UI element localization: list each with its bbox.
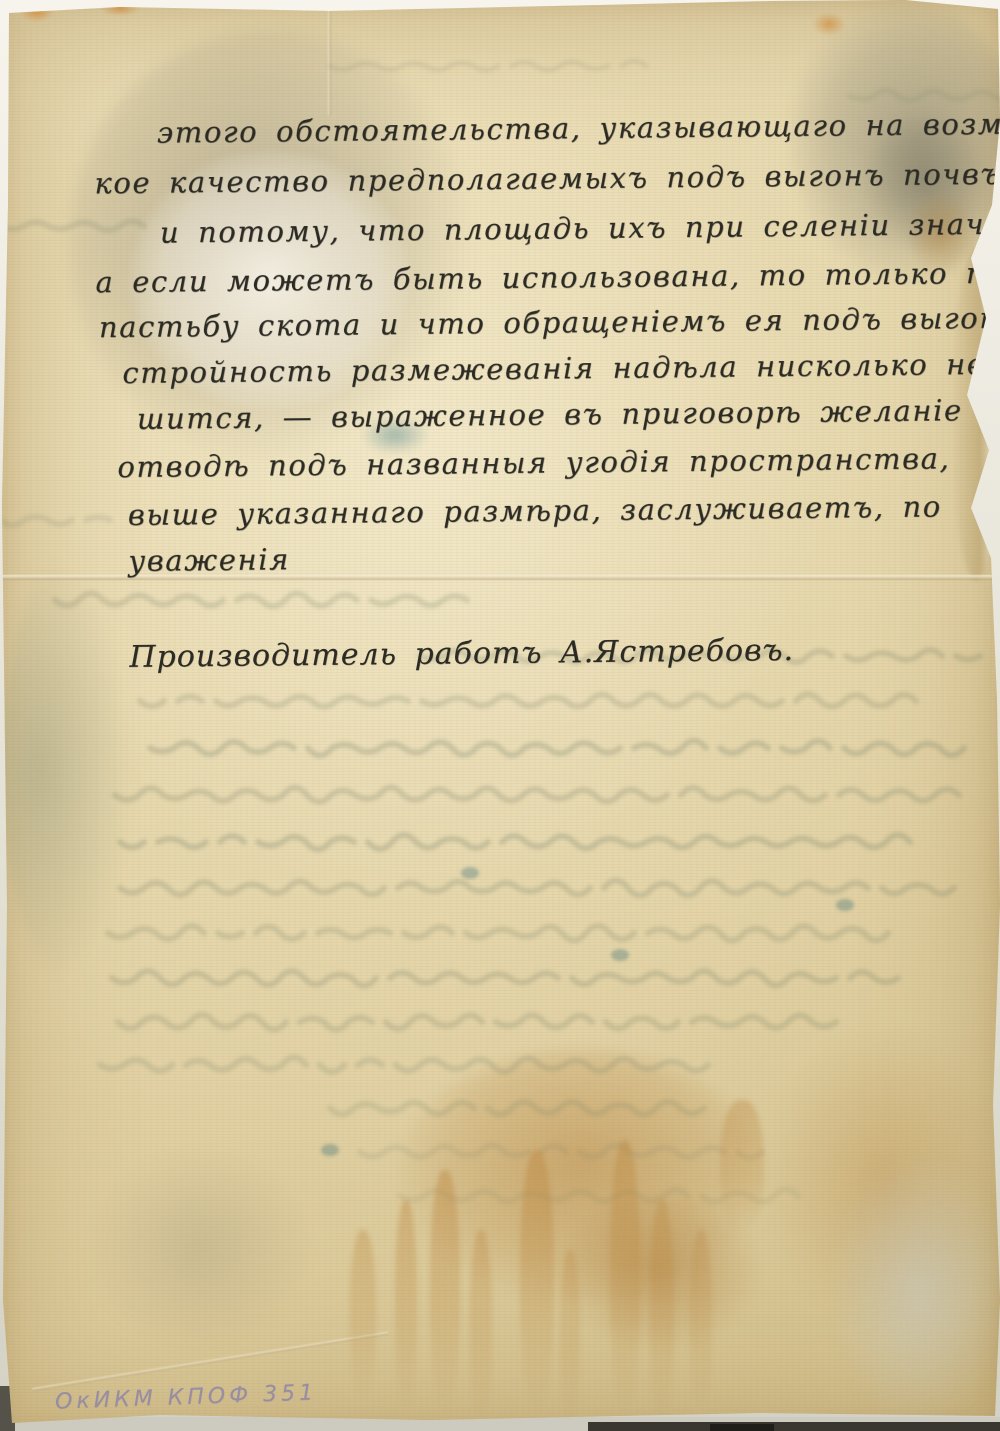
handwritten-line: отводѣ подъ названныя угодія пространств…: [117, 441, 950, 484]
handwritten-line: выше указаннаго размѣра, заслуживаетъ, п…: [128, 489, 942, 532]
handwritten-text: этого обстоятельства, указывающаго на во…: [0, 0, 1000, 1431]
handwritten-line: уваженія: [128, 542, 290, 578]
scanner-backing-dark-segment: [588, 1422, 1000, 1431]
paper-sheet: этого обстоятельства, указывающаго на во…: [0, 0, 1000, 1431]
scanned-document-page: этого обстоятельства, указывающаго на во…: [0, 0, 1000, 1431]
scanner-backing-dark-segment: [710, 1424, 774, 1431]
handwritten-line: и потому, что площадь ихъ при селеніи зн…: [160, 207, 1000, 250]
handwritten-line: кое качество предполагаемыхъ подъ выгонъ…: [94, 156, 1000, 200]
signature-line: Производитель работъ А.Ястребовъ.: [129, 633, 794, 675]
handwritten-line: стройность размежеванія надѣла нисколько…: [122, 347, 985, 390]
handwritten-line: шится, — выраженное въ приговорѣ желаніе…: [137, 392, 1000, 436]
handwritten-line: а если можетъ быть использована, то толь…: [95, 256, 986, 299]
handwritten-line: пастьбу скота и что обращеніемъ ея подъ …: [99, 301, 1000, 345]
handwritten-line: этого обстоятельства, указывающаго на во…: [157, 106, 1000, 150]
